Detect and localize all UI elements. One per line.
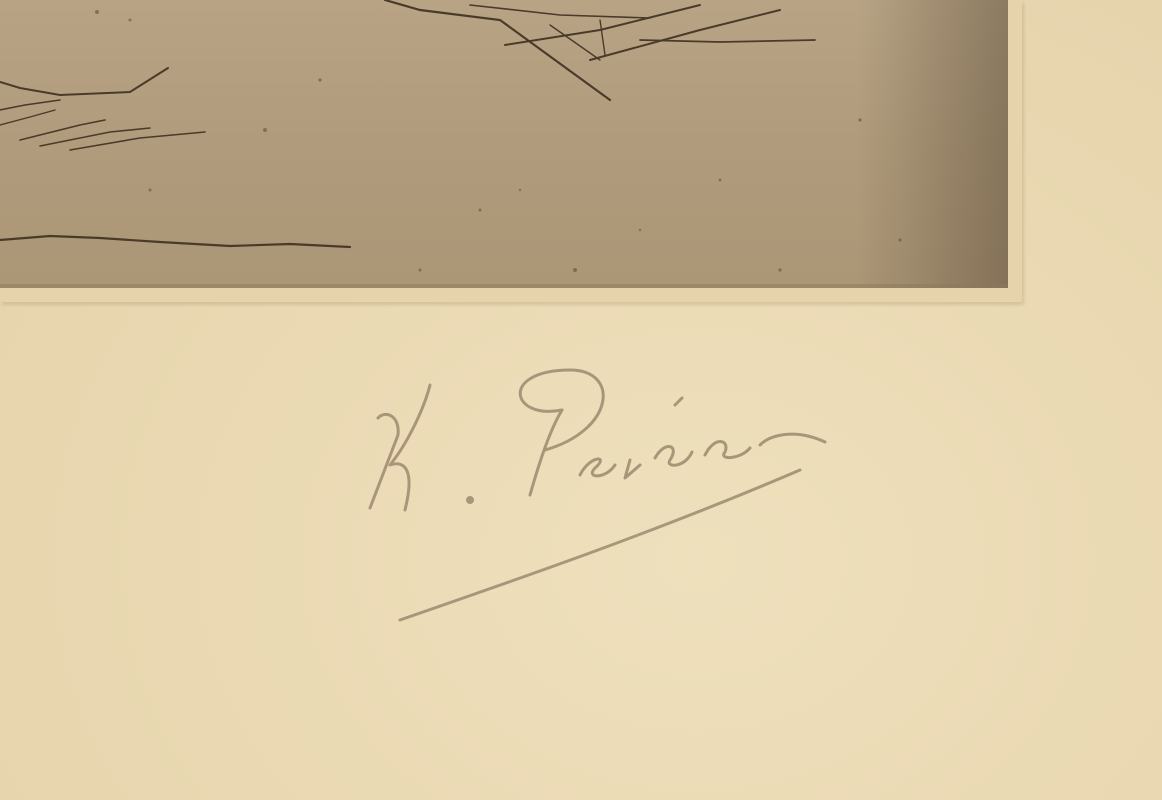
etched-image-area: [0, 0, 1008, 288]
artist-signature: K. Peiser: [330, 360, 850, 640]
